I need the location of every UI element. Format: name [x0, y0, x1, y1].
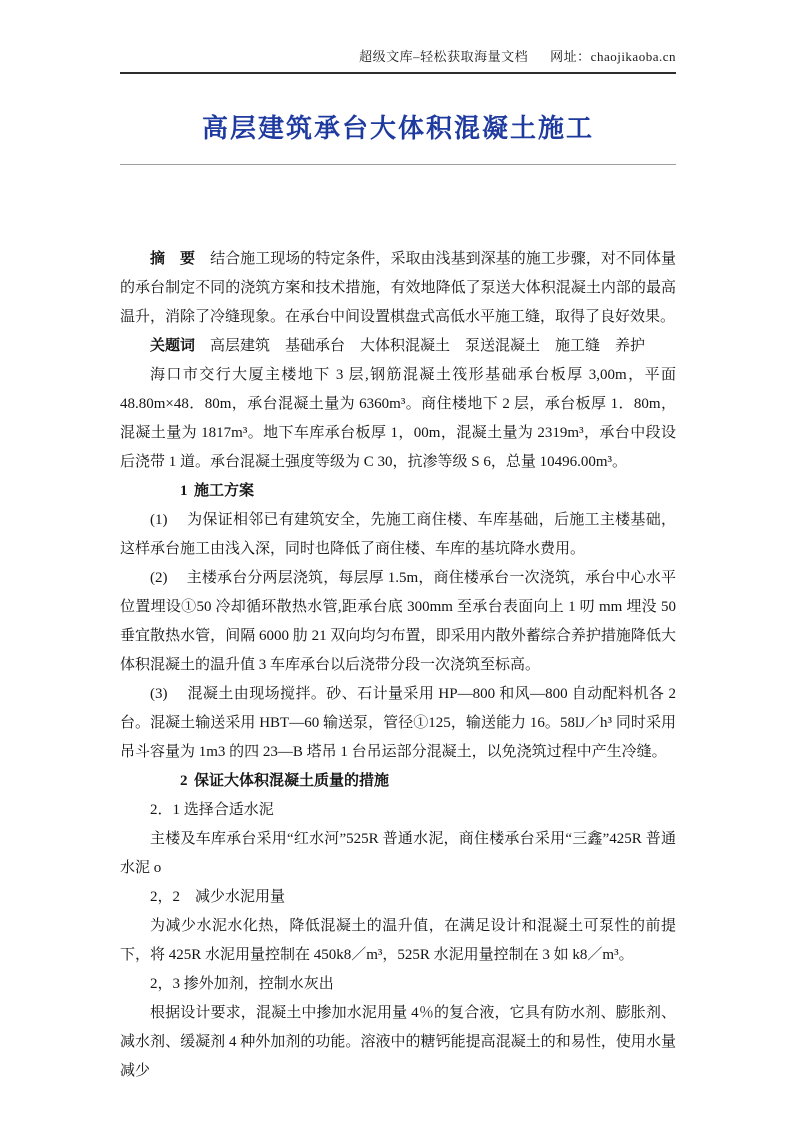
- section-heading: 1施工方案: [120, 477, 676, 506]
- watermark-url: 网址：chaojikaoba.cn: [550, 49, 676, 64]
- paragraph: (3) 混凝土由现场搅拌。砂、石计量采用 HP—800 和风—800 自动配料机…: [120, 680, 676, 767]
- sub-heading: 2，2 减少水泥用量: [120, 883, 676, 912]
- paragraph: 主楼及车库承台采用“红水河”525R 普通水泥，商住楼承台采用“三鑫”425R …: [120, 825, 676, 883]
- paragraph-label: 摘 要: [150, 251, 195, 267]
- keywords-paragraph: 关题词 高层建筑 基础承台 大体积混凝土 泵送混凝土 施工缝 养护: [120, 332, 676, 361]
- heading-number: 2: [150, 767, 194, 796]
- heading-number: 1: [150, 477, 194, 506]
- paragraph: 海口市交行大厦主楼地下 3 层,钢筋混凝土筏形基础承台板厚 3,00m，平面 4…: [120, 361, 676, 477]
- watermark-site-label: 超级文库–轻松获取海量文档: [359, 49, 528, 64]
- paragraph: 根据设计要求，混凝土中掺加水泥用量 4％的复合液，它具有防水剂、膨胀剂、减水剂、…: [120, 999, 676, 1086]
- sub-heading: 2，3 掺外加剂，控制水灰出: [120, 970, 676, 999]
- section-heading: 2保证大体积混凝土质量的措施: [120, 767, 676, 796]
- sub-heading: 2．1 选择合适水泥: [120, 796, 676, 825]
- document-page: 超级文库–轻松获取海量文档网址：chaojikaoba.cn 高层建筑承台大体积…: [0, 0, 793, 1122]
- paragraph: (1) 为保证相邻已有建筑安全，先施工商住楼、车库基础，后施工主楼基础，这样承台…: [120, 506, 676, 564]
- doc-title: 高层建筑承台大体积混凝土施工: [120, 108, 676, 145]
- paragraph-label: 关题词: [150, 338, 195, 354]
- paragraph: 为减少水泥水化热，降低混凝土的温升值，在满足设计和混凝土可泵性的前提下，将 42…: [120, 912, 676, 970]
- abstract-paragraph: 摘 要 结合施工现场的特定条件，采取由浅基到深基的施工步骤，对不同体量的承台制定…: [120, 245, 676, 332]
- page-header: 超级文库–轻松获取海量文档网址：chaojikaoba.cn: [120, 46, 676, 74]
- paragraph: (2) 主楼承台分两层浇筑，每层厚 1.5m，商住楼承台一次浇筑，承台中心水平位…: [120, 564, 676, 680]
- title-divider: [120, 164, 676, 165]
- document-body: 摘 要 结合施工现场的特定条件，采取由浅基到深基的施工步骤，对不同体量的承台制定…: [120, 245, 676, 1086]
